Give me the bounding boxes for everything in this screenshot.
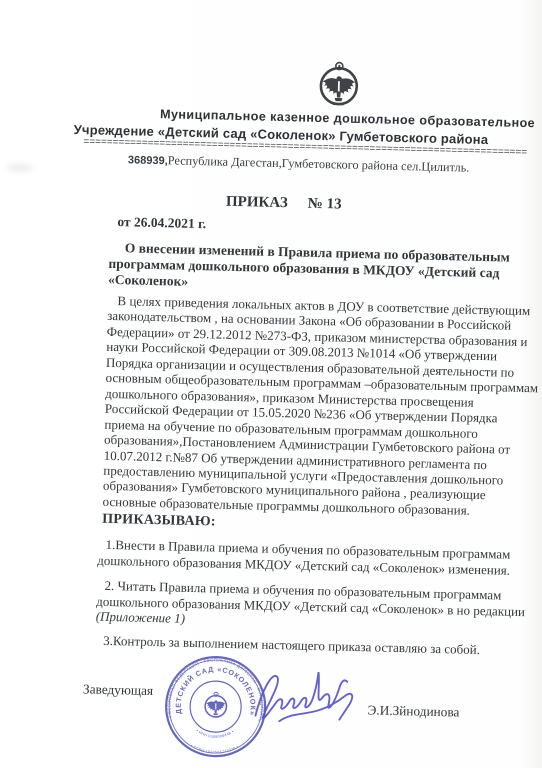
signer-name: Э.И.Зйнодинова: [367, 702, 459, 720]
dagestan-coat-of-arms-icon: [310, 55, 368, 119]
stamp-inn-text: • ИНН 0509008448 •: [195, 728, 235, 739]
order-item-2: 2. Читать Правила приема и обучения по о…: [96, 578, 526, 635]
handwritten-signature-ink: [249, 663, 367, 745]
order-document-page: Муниципальное казенное дошкольное образо…: [0, 0, 542, 768]
item-line: 3.Контроль за выполнением настоящего при…: [95, 633, 480, 658]
order-number: № 13: [308, 196, 342, 213]
order-date: от 26.04.2021 г.: [117, 214, 206, 232]
order-item-3: 3.Контроль за выполнением настоящего при…: [95, 633, 480, 658]
address-text: Республика Дагестан,Гумбетовского района…: [168, 153, 470, 174]
signer-position: Заведующая: [83, 681, 153, 699]
svg-text:• ИНН 0509008448 •: • ИНН 0509008448 •: [195, 728, 235, 739]
order-title: ПРИКАЗ: [226, 194, 288, 212]
order-heading: ПРИКАЗ№ 13: [226, 194, 342, 214]
address-zip: 368939,: [128, 154, 168, 167]
order-item-1: 1.Внести в Правила приема и обучения по …: [97, 537, 511, 578]
order-preamble: В целях приведения локальных актов в ДОУ…: [102, 293, 539, 520]
resolve-heading: ПРИКАЗЫВАЮ:: [102, 512, 216, 531]
order-subject: О внесении изменений в Правила приема по…: [108, 240, 539, 298]
scan-smudge: [7, 163, 33, 172]
address-line: 368939,Республика Дагестан,Гумбетовского…: [128, 152, 470, 175]
